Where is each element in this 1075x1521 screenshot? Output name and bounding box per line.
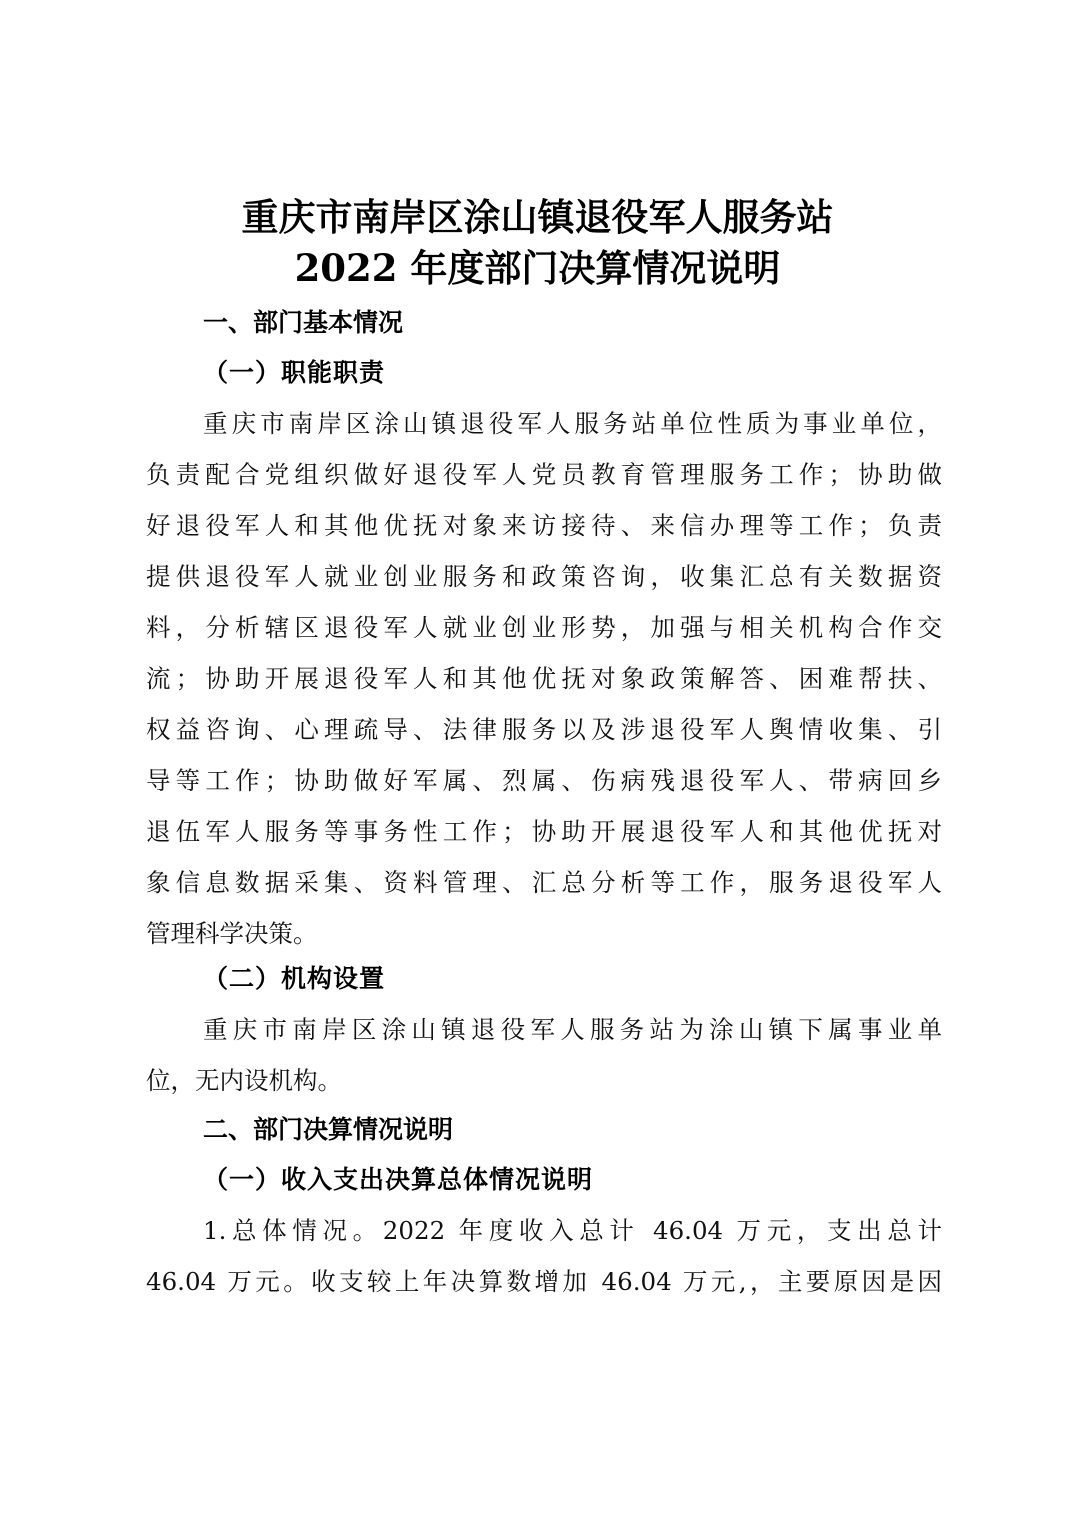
paragraph-line: 提供退役军人就业创业服务和政策咨询，收集汇总有关数据资 [146,560,942,594]
paragraph-line: 好退役军人和其他优抚对象来访接待、来信办理等工作；负责 [146,509,942,543]
document-title-line-2: 2022 年度部门决算情况说明 [0,245,1075,291]
paragraph-line: 导等工作；协助做好军属、烈属、伤病残退役军人、带病回乡 [146,764,942,798]
paragraph-line: 46.04 万元。收支较上年决算数增加 46.04 万元,，主要原因是因 [146,1265,942,1299]
subsection-heading-organization: （二）机构设置 [203,962,385,996]
paragraph-line: 料，分析辖区退役军人就业创业形势，加强与相关机构合作交 [146,611,942,645]
paragraph-line: 重庆市南岸区涂山镇退役军人服务站单位性质为事业单位， [203,407,942,441]
paragraph-line: 重庆市南岸区涂山镇退役军人服务站为涂山镇下属事业单 [203,1013,942,1047]
document-page: 重庆市南岸区涂山镇退役军人服务站 2022 年度部门决算情况说明 一、部门基本情… [0,0,1075,1521]
subsection-heading-income-expense: （一）收入支出决算总体情况说明 [203,1163,593,1197]
paragraph-line: 负责配合党组织做好退役军人党员教育管理服务工作；协助做 [146,458,942,492]
paragraph-line: 管理科学决策。 [146,917,942,951]
paragraph-line: 象信息数据采集、资料管理、汇总分析等工作，服务退役军人 [146,866,942,900]
section-heading-basic-info: 一、部门基本情况 [203,306,403,340]
paragraph-line: 权益咨询、心理疏导、法律服务以及涉退役军人舆情收集、引 [146,713,942,747]
paragraph-line: 退伍军人服务等事务性工作；协助开展退役军人和其他优抚对 [146,815,942,849]
paragraph-line: 流；协助开展退役军人和其他优抚对象政策解答、困难帮扶、 [146,662,942,696]
paragraph-line: 位，无内设机构。 [146,1064,942,1098]
paragraph-line: 1.总体情况。2022 年度收入总计 46.04 万元，支出总计 [203,1214,942,1248]
document-title-line-1: 重庆市南岸区涂山镇退役军人服务站 [0,194,1075,240]
section-heading-final-accounts: 二、部门决算情况说明 [203,1113,453,1147]
subsection-heading-functions: （一）职能职责 [203,356,385,390]
